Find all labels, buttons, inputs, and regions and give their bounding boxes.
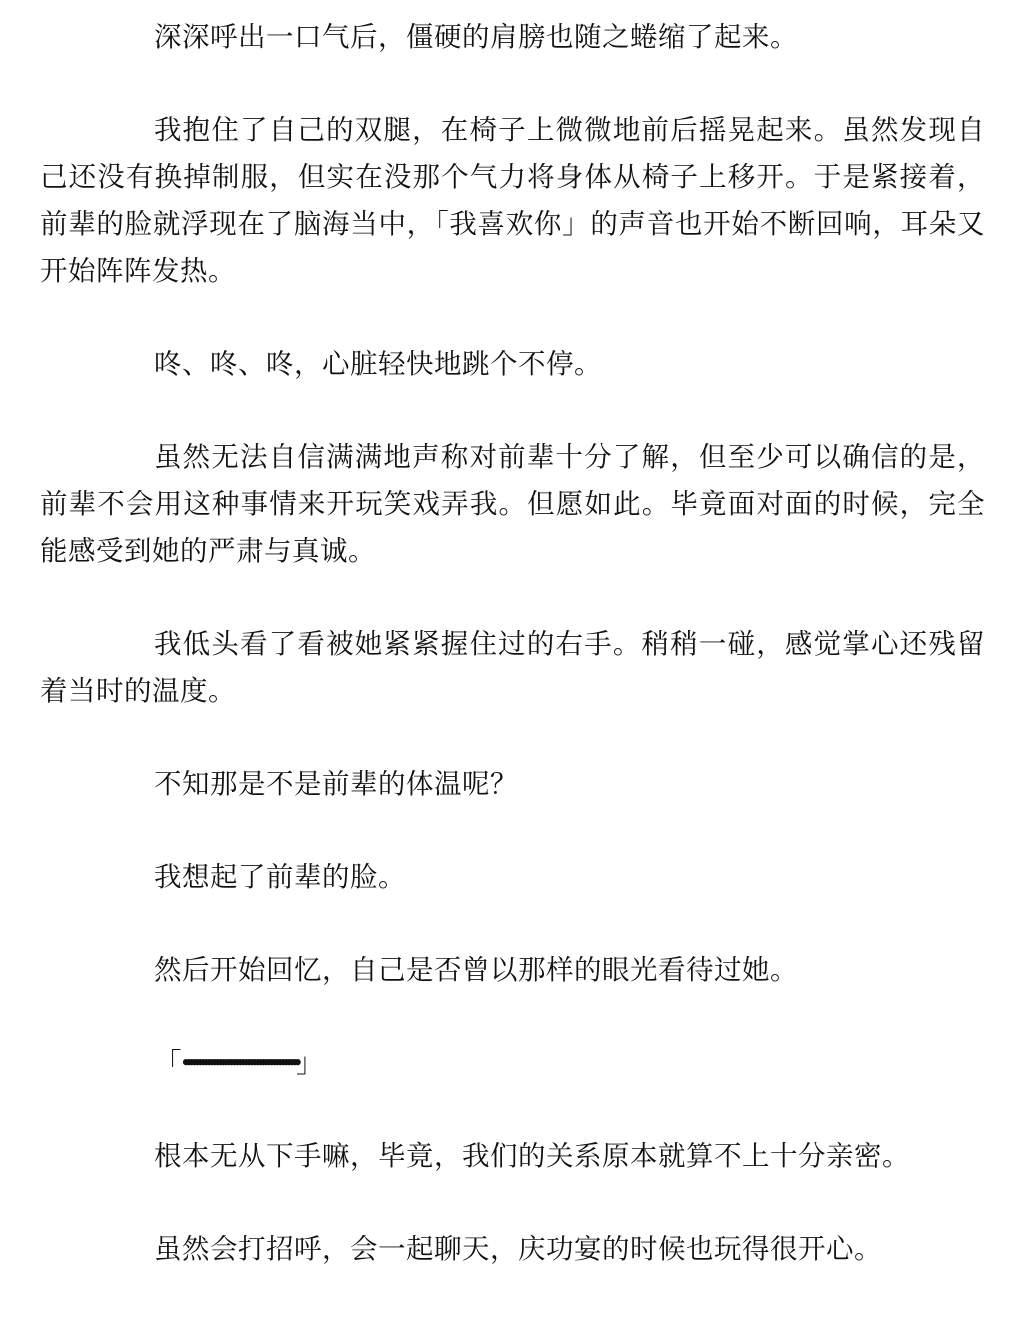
paragraph-4: 虽然无法自信满满地声称对前辈十分了解，但至少可以确信的是，前辈不会用这种事情来开… [40,433,985,574]
corner-bracket-close: 」 [296,1047,324,1078]
paragraph-10: 根本无从下手嘛，毕竟，我们的关系原本就算不上十分亲密。 [40,1132,985,1179]
paragraph-2: 我抱住了自己的双腿，在椅子上微微地前后摇晃起来。虽然发现自己还没有换掉制服，但实… [40,106,985,294]
paragraph-11: 虽然会打招呼，会一起聊天，庆功宴的时候也玩得很开心。 [40,1225,985,1272]
paragraph-8: 然后开始回忆，自己是否曾以那样的眼光看待过她。 [40,946,985,993]
ellipsis-dots: •••••••••••••••••••••••••••••••••••••••• [182,1048,297,1077]
paragraph-6: 不知那是不是前辈的体温呢？ [40,760,985,807]
paragraph-silence-ellipsis: 「•••••••••••••••••••••••••••••••••••••••… [40,1039,985,1086]
paragraph-5: 我低头看了看被她紧紧握住过的右手。稍稍一碰，感觉掌心还残留着当时的温度。 [40,620,985,714]
corner-bracket-open: 「 [154,1047,182,1078]
paragraph-1: 深深呼出一口气后，僵硬的肩膀也随之蜷缩了起来。 [40,13,985,60]
paragraph-7: 我想起了前辈的脸。 [40,853,985,900]
paragraph-3: 咚、咚、咚，心脏轻快地跳个不停。 [40,340,985,387]
document-page: 深深呼出一口气后，僵硬的肩膀也随之蜷缩了起来。 我抱住了自己的双腿，在椅子上微微… [0,0,1020,1320]
